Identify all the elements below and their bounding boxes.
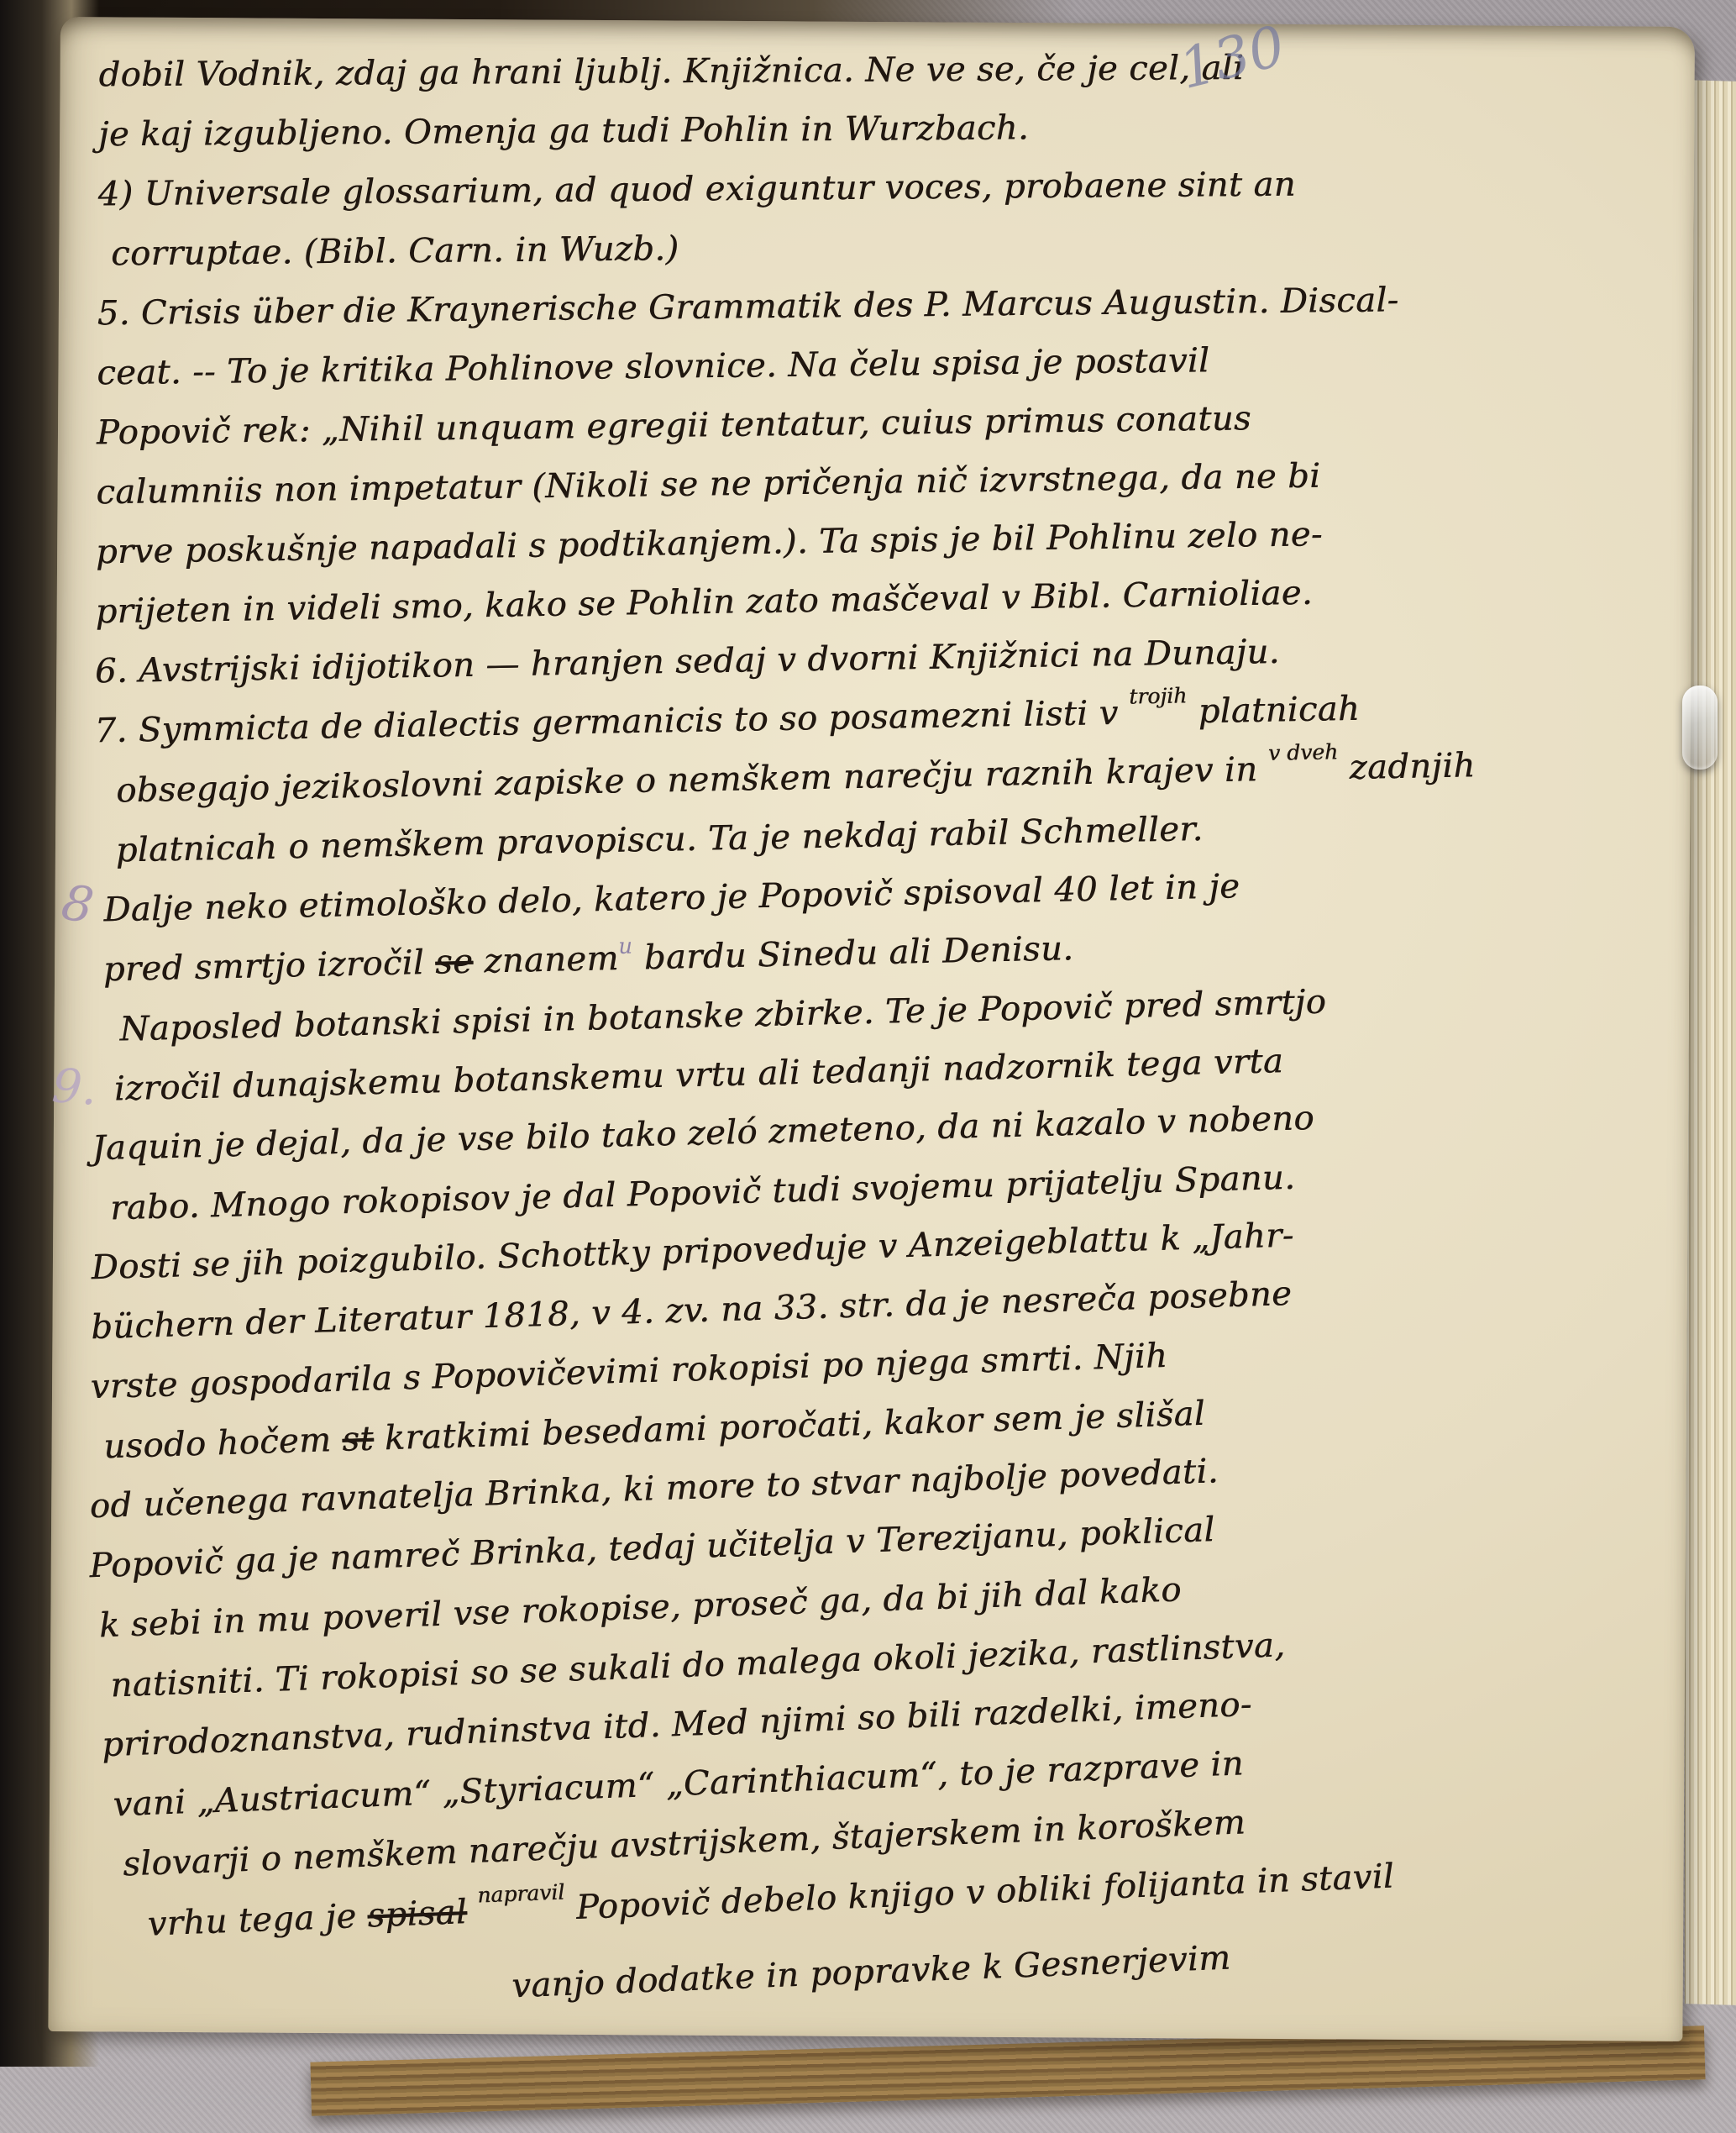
pencil-margin-note-9: 9. (50, 1059, 99, 1116)
photograph-of-manuscript: { "pencil": { "page_number": "130", "mar… (0, 0, 1736, 2133)
manuscript-lines: dobil Vodnik, zdaj ga hrani ljublj. Knji… (75, 45, 1662, 2023)
glossy-page-marker (1682, 686, 1718, 770)
manuscript-line: dobil Vodnik, zdaj ga hrani ljublj. Knji… (98, 36, 1662, 105)
manuscript-page: dobil Vodnik, zdaj ga hrani ljublj. Knji… (48, 17, 1695, 2041)
